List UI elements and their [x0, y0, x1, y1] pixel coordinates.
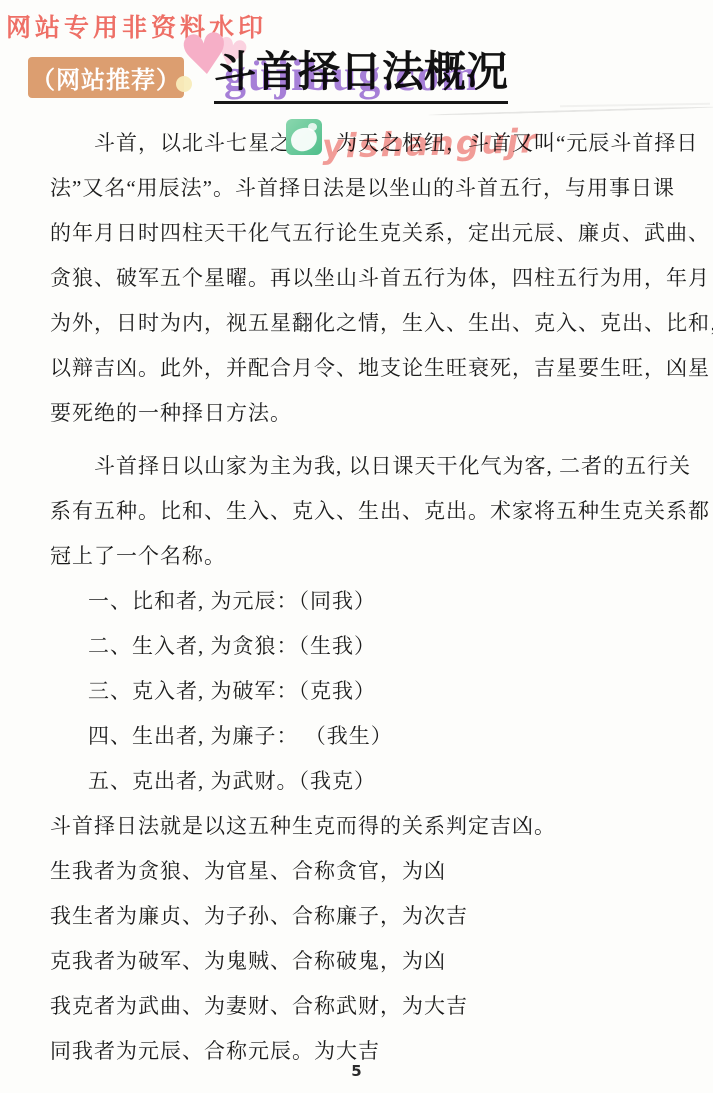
paragraph-2: 斗首择日以山家为主为我, 以日课天干化气为客, 二者的五行关 系有五种。比和、生… — [50, 444, 700, 579]
body-line: 贪狼、破军五个星曜。再以坐山斗首五行为体，四柱五行为用，年月 — [50, 256, 700, 301]
body-line: 生我者为贪狼、为官星、合称贪官，为凶 — [50, 849, 700, 894]
scanned-document-page: 网站专用非资料水印 （网站推荐） ♥ ♥ 斗首择日法概况 güjibug.com… — [0, 0, 713, 1093]
body-line: 斗首择日以山家为主为我, 以日课天干化气为客, 二者的五行关 — [50, 444, 700, 489]
page-number: 5 — [0, 1062, 713, 1080]
paragraph-1: 斗首，以北斗七星之首，为天之枢纽，斗首又叫“元辰斗首择日 法”又名“用辰法”。斗… — [50, 121, 700, 436]
site-recommend-badge-label: （网站推荐） — [31, 60, 181, 95]
list-item: 二、生入者, 为贪狼：（生我） — [50, 624, 700, 669]
body-line: 要死绝的一种择日方法。 — [50, 391, 700, 436]
summary-block: 斗首择日法就是以这五种生克而得的关系判定吉凶。 生我者为贪狼、为官星、合称贪官，… — [50, 804, 700, 1074]
body-line: 冠上了一个名称。 — [50, 534, 700, 579]
body-line: 系有五种。比和、生入、克入、生出、克出。术家将五种生克关系都 — [50, 489, 700, 534]
page-title: 斗首择日法概况 — [214, 50, 508, 104]
site-recommend-badge: （网站推荐） — [28, 57, 184, 98]
body-line: 以辩吉凶。此外，并配合月令、地支论生旺衰死，吉星要生旺，凶星 — [50, 346, 700, 391]
list-item: 四、生出者, 为廉子： （我生） — [50, 714, 700, 759]
list-item: 三、克入者, 为破军：（克我） — [50, 669, 700, 714]
pink-script-watermark: yishangujr — [322, 121, 539, 166]
body-line: 克我者为破军、为鬼贼、合称破鬼，为凶 — [50, 939, 700, 984]
body-line: 斗首择日法就是以这五种生克而得的关系判定吉凶。 — [50, 804, 700, 849]
body-line: 我克者为武曲、为妻财、合称武财，为大吉 — [50, 984, 700, 1029]
body-line: 的年月日时四柱天干化气五行论生克关系，定出元辰、廉贞、武曲、 — [50, 211, 700, 256]
body-line: 为外，日时为内，视五星翻化之情，生入、生出、克入、克出、比和， — [50, 301, 700, 346]
document-body: 斗首，以北斗七星之首，为天之枢纽，斗首又叫“元辰斗首择日 法”又名“用辰法”。斗… — [50, 121, 700, 1074]
green-app-icon — [286, 119, 322, 155]
heart-icon: ♥ — [177, 26, 233, 87]
body-line: 法”又名“用辰法”。斗首择日法是以坐山的斗首五行，与用事日课 — [50, 166, 700, 211]
body-line: 我生者为廉贞、为子孙、合称廉子，为次吉 — [50, 894, 700, 939]
numbered-list: 一、比和者, 为元辰：（同我） 二、生入者, 为贪狼：（生我） 三、克入者, 为… — [50, 579, 700, 804]
scan-artifact-line — [428, 106, 713, 116]
list-item: 五、克出者, 为武财。（我克） — [50, 759, 700, 804]
list-item: 一、比和者, 为元辰：（同我） — [50, 579, 700, 624]
